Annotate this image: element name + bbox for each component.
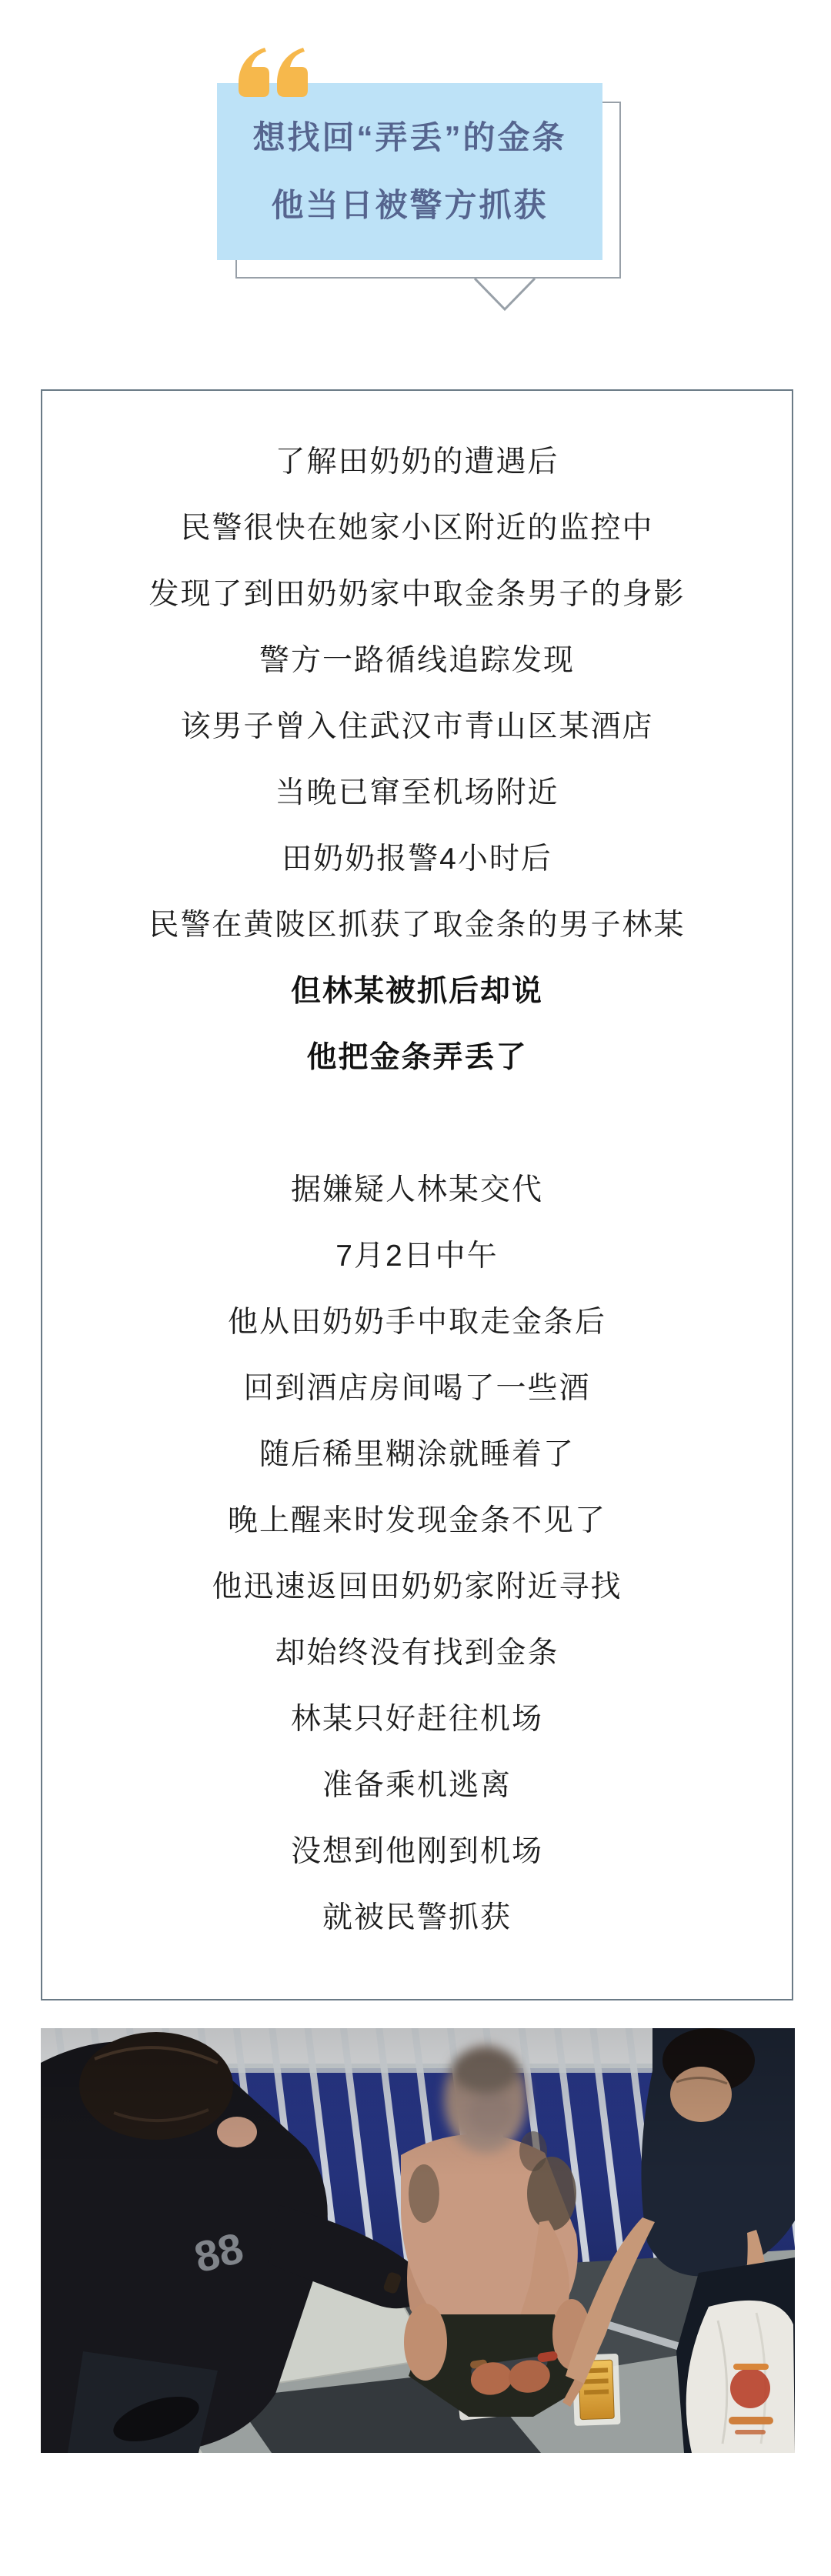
article-page: 想找回“弄丢”的金条 他当日被警方抓获 了解田奶奶的遭遇后 民警很快在她家小区附… <box>0 0 831 2576</box>
chevron-down-icon <box>472 278 537 313</box>
article-line: 民警在黄陂区抓获了取金条的男子林某 <box>42 893 792 959</box>
article-line: 了解田奶奶的遭遇后 <box>42 429 792 496</box>
paragraph-gap <box>42 1091 792 1157</box>
article-line: 当晚已窜至机场附近 <box>42 760 792 826</box>
arrest-scene-photo: 民警抓获嫌疑人现场：嫌疑人戴手铐蹲在地上，民警指向地面追回的金条 <box>41 2028 795 2453</box>
quote-line-2: 他当日被警方抓获 <box>271 172 548 239</box>
article-line: 随后稀里糊涂就睡着了 <box>42 1422 792 1488</box>
article-line: 他把金条弄丢了 <box>42 1025 792 1091</box>
article-paragraph-2: 据嫌疑人林某交代 7月2日中午 他从田奶奶手中取走金条后 回到酒店房间喝了一些酒… <box>42 1157 792 1951</box>
article-body: 了解田奶奶的遭遇后 民警很快在她家小区附近的监控中 发现了到田奶奶家中取金条男子… <box>42 391 792 1951</box>
article-paragraph-1: 了解田奶奶的遭遇后 民警很快在她家小区附近的监控中 发现了到田奶奶家中取金条男子… <box>42 429 792 1091</box>
article-line: 晚上醒来时发现金条不见了 <box>42 1488 792 1554</box>
quote-line-1: 想找回“弄丢”的金条 <box>252 104 566 172</box>
double-quote-icon <box>235 46 309 100</box>
article-line: 却始终没有找到金条 <box>42 1620 792 1687</box>
article-line: 发现了到田奶奶家中取金条男子的身影 <box>42 562 792 628</box>
article-line: 警方一路循线追踪发现 <box>42 628 792 694</box>
article-line: 回到酒店房间喝了一些酒 <box>42 1356 792 1422</box>
article-line: 田奶奶报警4小时后 <box>42 826 792 893</box>
article-line: 但林某被抓后却说 <box>42 959 792 1025</box>
photo-frame: 民警抓获嫌疑人现场：嫌疑人戴手铐蹲在地上，民警指向地面追回的金条 <box>41 2028 795 2453</box>
article-line: 准备乘机逃离 <box>42 1753 792 1819</box>
article-line: 该男子曾入住武汉市青山区某酒店 <box>42 694 792 760</box>
article-line: 他从田奶奶手中取走金条后 <box>42 1290 792 1356</box>
article-line: 民警很快在她家小区附近的监控中 <box>42 496 792 562</box>
quote-card: 想找回“弄丢”的金条 他当日被警方抓获 <box>217 83 602 260</box>
article-line: 据嫌疑人林某交代 <box>42 1157 792 1223</box>
article-line: 7月2日中午 <box>42 1223 792 1290</box>
article-line: 就被民警抓获 <box>42 1885 792 1951</box>
article-line: 他迅速返回田奶奶家附近寻找 <box>42 1554 792 1620</box>
article-line: 没想到他刚到机场 <box>42 1819 792 1885</box>
article-card: 了解田奶奶的遭遇后 民警很快在她家小区附近的监控中 发现了到田奶奶家中取金条男子… <box>41 389 793 2000</box>
article-line: 林某只好赶往机场 <box>42 1687 792 1753</box>
